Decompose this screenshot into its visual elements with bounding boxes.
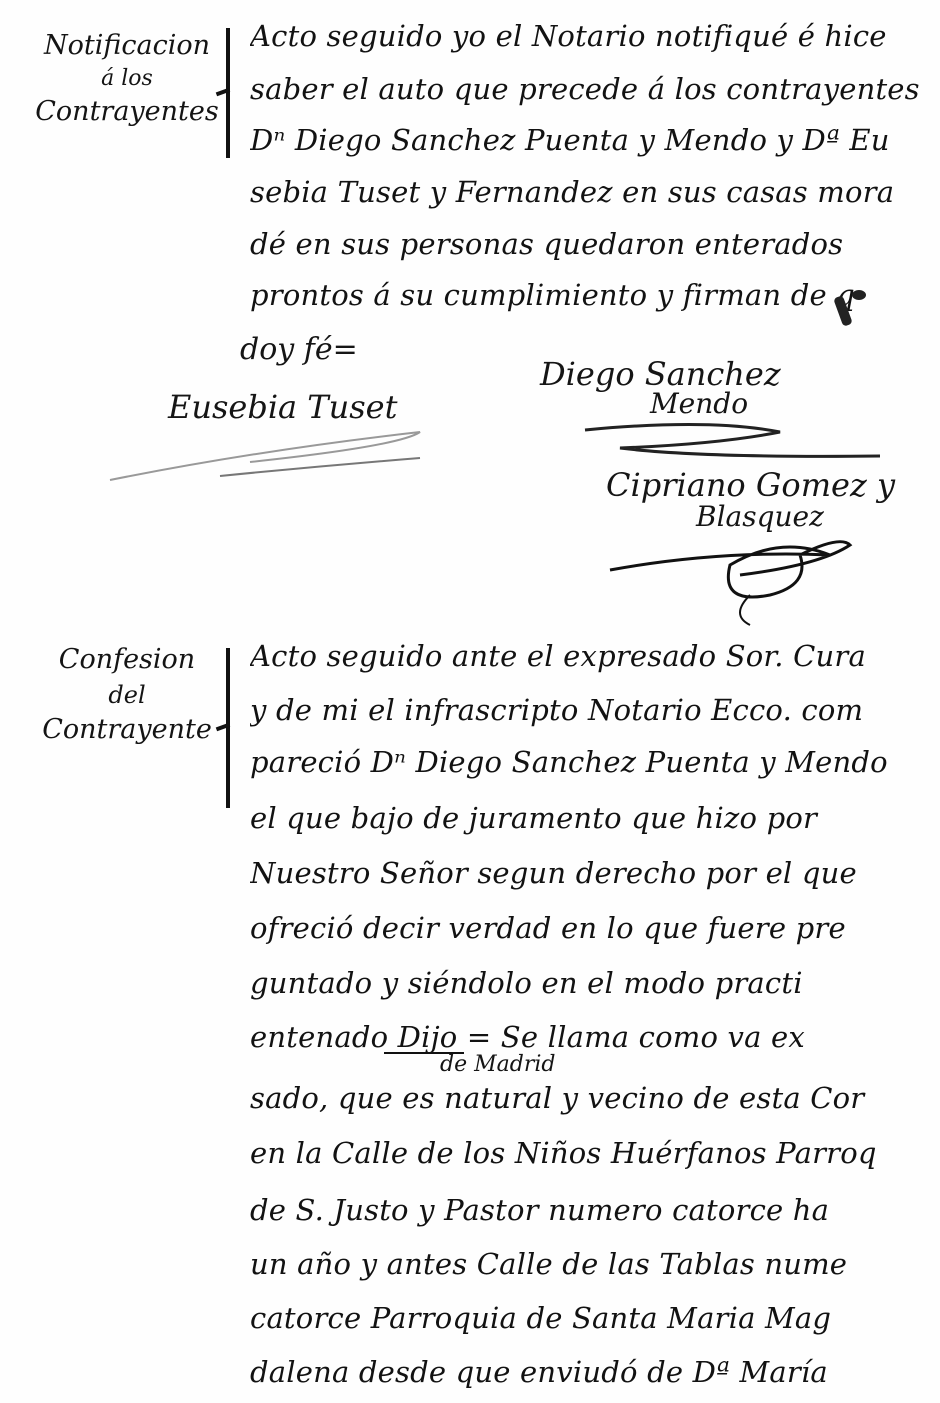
margin-title-line: á los: [22, 66, 232, 92]
text-line: y de mi el infrascripto Notario Ecco. co…: [250, 690, 932, 730]
text-line: Nuestro Señor segun derecho por el que: [250, 853, 932, 893]
signature-diego-sanchez: Diego Sanchez Mendo: [540, 355, 781, 420]
signature-flourish: [100, 420, 440, 500]
text-line: prontos á su cumplimiento y firman de q: [250, 275, 932, 315]
text-line: sebia Tuset y Fernandez en sus casas mor…: [250, 172, 932, 212]
signature-line: Cipriano Gomez y: [606, 466, 895, 504]
text-line: Acto seguido yo el Notario notifiqué é h…: [250, 16, 932, 56]
doy-fe: doy fé=: [240, 332, 358, 367]
manuscript-page: Notificacion á los Contrayentes Acto seg…: [0, 0, 940, 1403]
text-line: entenado Dijo = Se llama como va ex: [250, 1017, 932, 1057]
margin-title-confesion: Confesion del Contrayente: [22, 640, 232, 750]
text-line: Dⁿ Diego Sanchez Puenta y Mendo y Dª Eu: [250, 120, 932, 160]
text-line: Acto seguido ante el expresado Sor. Cura: [250, 636, 932, 676]
interlinear-insert: de Madrid: [440, 1052, 555, 1077]
text-line: de S. Justo y Pastor numero catorce ha: [250, 1190, 932, 1230]
text-line: un año y antes Calle de las Tablas nume: [250, 1244, 932, 1284]
dijo-underline: [384, 1052, 464, 1054]
text-line: guntado y siéndolo en el modo practi: [250, 963, 932, 1003]
ink-blot: [852, 290, 866, 300]
text-line: saber el auto que precede á los contraye…: [250, 69, 932, 109]
text-line: catorce Parroquia de Santa Maria Mag: [250, 1298, 932, 1338]
text-line: en la Calle de los Niños Huérfanos Parro…: [250, 1133, 932, 1173]
text-line: dé en sus personas quedaron enterados: [250, 224, 932, 264]
text-line: dalena desde que enviudó de Dª María: [250, 1352, 932, 1392]
margin-title-line: del: [22, 680, 232, 710]
notary-rubric: [600, 525, 920, 635]
bracket-divider: [226, 28, 248, 158]
text-line: sado, que es natural y vecino de esta Co…: [250, 1078, 932, 1118]
signature-cipriano-gomez: Cipriano Gomez y Blasquez: [606, 466, 895, 533]
margin-title-line: Contrayente: [22, 710, 232, 750]
bracket-divider: [226, 648, 248, 808]
text-line: el que bajo de juramento que hizo por: [250, 798, 932, 838]
margin-title-notificacion: Notificacion á los Contrayentes: [22, 26, 232, 132]
text-line: pareció Dⁿ Diego Sanchez Puenta y Mendo: [250, 742, 932, 782]
text-line: ofreció decir verdad en lo que fuere pre: [250, 908, 932, 948]
margin-title-line: Confesion: [22, 640, 232, 680]
margin-title-line: Notificacion: [22, 26, 232, 66]
margin-title-line: Contrayentes: [22, 92, 232, 132]
